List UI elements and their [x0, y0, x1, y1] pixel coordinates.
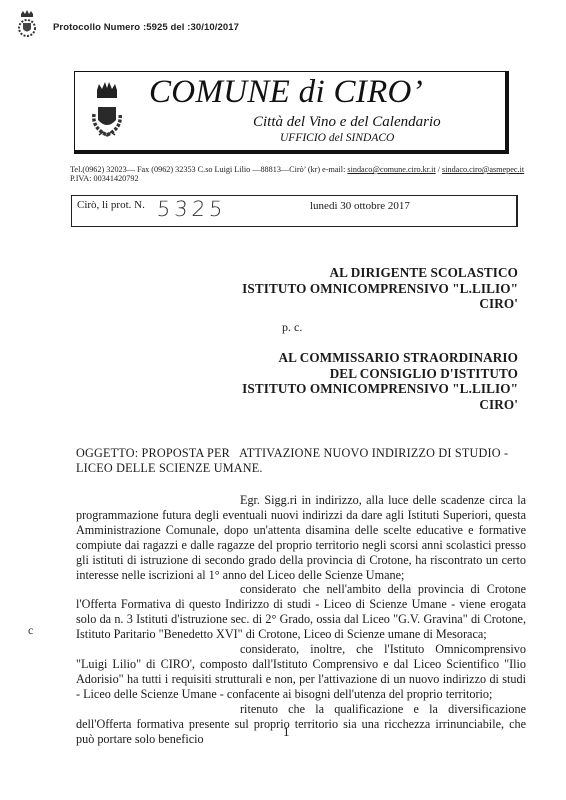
- primary-recipient-block: AL DIRIGENTE SCOLASTICO ISTITUTO OMNICOM…: [242, 265, 518, 312]
- municipality-subtitle: Città del Vino e del Calendario: [253, 114, 441, 131]
- recipient-line: CIRO': [242, 397, 518, 413]
- recipient-line: AL DIRIGENTE SCOLASTICO: [242, 265, 518, 281]
- recipient-line: ISTITUTO OMNICOMPRENSIVO "L.LILIO": [242, 381, 518, 397]
- page-number: 1: [283, 724, 290, 740]
- margin-mark: c: [28, 623, 33, 638]
- office-name: UFFICIO del SINDACO: [280, 132, 394, 144]
- recipient-line: CIRO': [242, 296, 518, 312]
- municipal-crest-icon: [89, 80, 125, 142]
- municipal-crest-small-icon: [16, 10, 38, 40]
- email-link-primary[interactable]: sindaco@comune.ciro.kr.it: [347, 165, 435, 174]
- subject-block: OGGETTO: PROPOSTA PER ATTIVAZIONE NUOVO …: [76, 446, 526, 476]
- body-paragraph: ritenuto che la qualificazione e la dive…: [76, 702, 526, 747]
- protocol-label: Cirò, li prot. N.: [77, 199, 145, 211]
- letter-body: Egr. Sigg.ri in indirizzo, alla luce del…: [76, 493, 526, 746]
- email-link-pec[interactable]: sindaco.ciro@asmepec.it: [442, 165, 524, 174]
- contact-phone-address: Tel.(0962) 32023— Fax (0962) 32353 C.so …: [70, 165, 345, 174]
- contact-line: Tel.(0962) 32023— Fax (0962) 32353 C.so …: [70, 165, 524, 174]
- letterhead-box: COMUNE di CIRO’ Città del Vino e del Cal…: [74, 71, 509, 154]
- letter-date: lunedì 30 ottobre 2017: [310, 200, 410, 212]
- body-paragraph: Egr. Sigg.ri in indirizzo, alla luce del…: [76, 493, 526, 582]
- subject-line: LICEO DELLE SCIENZE UMANE.: [76, 461, 526, 476]
- protocol-date-box: Cirò, li prot. N. 5325 lunedì 30 ottobre…: [71, 195, 518, 227]
- secondary-recipient-block: AL COMMISSARIO STRAORDINARIO DEL CONSIGL…: [242, 350, 518, 412]
- municipality-title: COMUNE di CIRO’: [149, 74, 423, 111]
- recipient-line: DEL CONSIGLIO D'ISTITUTO: [242, 366, 518, 382]
- recipient-line: AL COMMISSARIO STRAORDINARIO: [242, 350, 518, 366]
- pc-label: p. c.: [282, 320, 302, 335]
- subject-line: OGGETTO: PROPOSTA PER ATTIVAZIONE NUOVO …: [76, 446, 526, 461]
- recipient-line: ISTITUTO OMNICOMPRENSIVO "L.LILIO": [242, 281, 518, 297]
- protocol-number-handwritten: 5325: [156, 197, 227, 221]
- body-paragraph: considerato che nell'ambito della provin…: [76, 582, 526, 642]
- protocol-number-line: Protocollo Numero :5925 del :30/10/2017: [53, 22, 239, 33]
- body-paragraph: considerato, inoltre, che l'Istituto Omn…: [76, 642, 526, 702]
- vat-number: P.IVA: 00341420792: [70, 174, 139, 183]
